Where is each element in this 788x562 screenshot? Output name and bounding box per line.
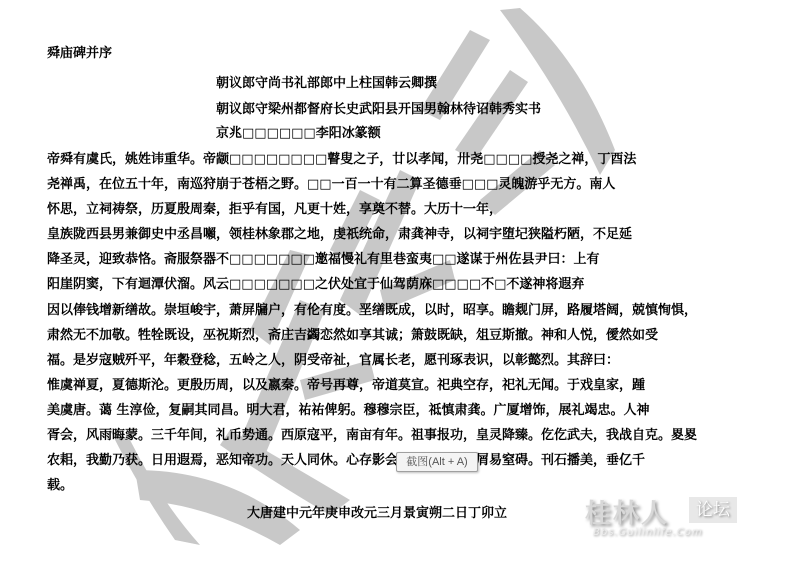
body-line: 农耜，我勤乃获。日用遐焉，恶知帝功。天人同休。心存影会。诚感昭通，屑易窒碍。刊石… [47,453,645,469]
body-line: 惟虞禅夏，夏德斯沦。更殷历周，以及嬴秦。帝号再尊，帝道莫宣。祀典空存，祀礼无闻。… [47,378,645,394]
forum-tag: 论坛 [689,497,737,523]
forum-name: 桂林人 [585,493,669,530]
author-line: 朝议郎守梁州都督府长史武阳县开国男翰林待诏韩秀实书 [216,102,541,118]
body-line: 美虞唐。蔼 生淳俭，复嗣其同昌。明大君，祐祐俾躬。穆穆宗臣，祗慎肃龚。广厦增饰，… [47,403,650,419]
forum-url: Bbs.Guilinlife.Com [593,527,703,538]
body-line: 肃然无不加敬。牲牷既设，巫祝斯烈，斋庄吉蠲恋然如享其诚；箫鼓既缺，俎豆斯撤。神和… [47,328,658,344]
author-line: 朝议郎守尚书礼部郎中上柱国韩云卿撰 [216,76,437,92]
author-line: 京兆□□□□□□李阳冰篆额 [216,126,381,142]
body-line: 阳崖阴窦，下有迴潭伏溜。风云□□□□□□□之伏处宜于仙驾荫庥□□□□不□不遂神将… [47,277,584,293]
body-line: 皇族陇西县男兼御史中丞昌𡃤，领桂林象郡之地，虔祇统命，肃龚神寺，以祠宇堕圮狭隘朽… [47,227,632,243]
body-line: 福。是岁寇贼歼平，年穀登稔，五岭之人，阴受帝祉，官属长老，愿刊琢表识，以彰懿烈。… [47,353,619,369]
body-line: 胥会，风雨晦蒙。三千年间，礼币势通。西原寇平，南亩有年。祖事报功，皇灵降臻。仡仡… [47,428,697,444]
document-title: 舜庙碑并序 [47,46,112,62]
closing-date-line: 大唐建中元年庚申改元三月景寅朔二日丁卯立 [247,506,507,522]
body-line: 载。 [47,478,73,494]
body-line: 帝舜有虞氏，姚姓讳重华。帝颛□□□□□□□□瞽叟之子，廿以孝闻，卅尧□□□□授尧… [47,152,636,168]
body-line: 尧禅禹，在位五十年，南巡狩崩于苍梧之野。□□一百一十有二算圣德垂□□□灵魄游乎无… [47,177,615,193]
body-line: 因以俸钱增新缮故。崇垣峻宇，萧屏牖户，有伦有度。垩缮既成，以时，昭享。瞻觌门屏，… [47,303,697,319]
body-line: 降圣灵，迎致恭恪。斋服祭器不□□□□□□□邀福慢礼有里巷蛮夷□□遂谋于州佐县尹曰… [47,252,600,268]
forum-logo-watermark: 桂林人 论坛 Bbs.Guilinlife.Com [585,493,745,545]
body-line: 怀思，立祠祷祭，历夏殷周秦，拒乎有国，凡更十姓，享奠不替。大历十一年， [47,202,502,218]
screenshot-tooltip: 截图(Alt + A) [396,452,478,472]
document-page: 舜庙碑并序 朝议郎守尚书礼部郎中上柱国韩云卿撰 朝议郎守梁州都督府长史武阳县开国… [0,0,788,562]
